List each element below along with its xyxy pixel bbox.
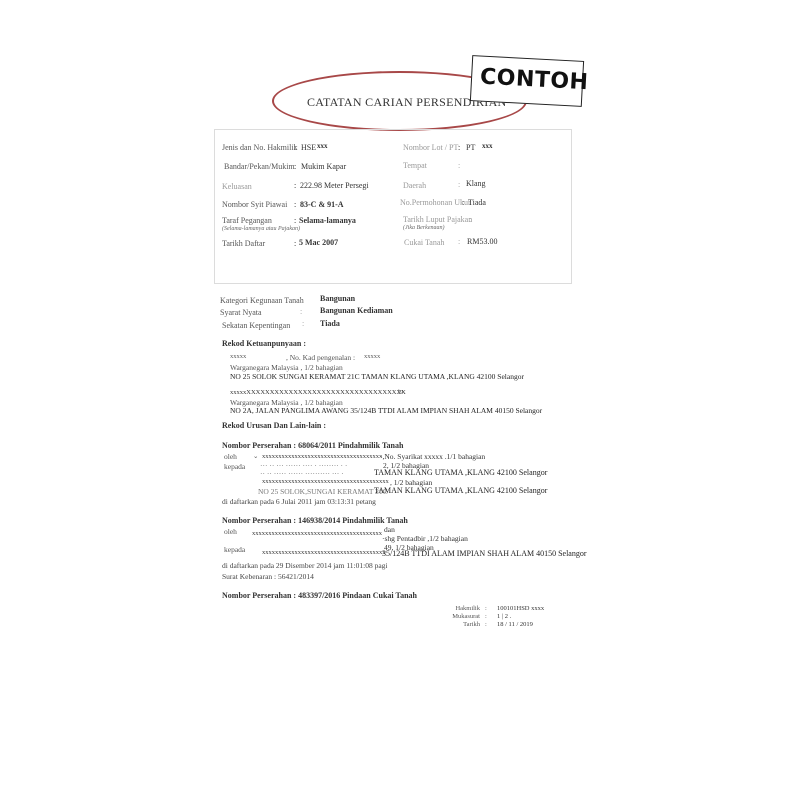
field-value-hakmilik-no: xxx — [317, 142, 328, 150]
field-colon: : — [300, 296, 302, 305]
transaction-2-from-detail-2: ·shg Pentadbir ,1/2 bahagian — [382, 534, 468, 543]
footer-value-mukasurat: 1 | 2 . — [497, 613, 511, 620]
field-sublabel-taraf-pegangan: (Selama-lamanya atau Pajakan) — [222, 226, 300, 232]
sample-stamp: CONTOH — [470, 55, 584, 107]
field-colon: : — [458, 143, 460, 152]
field-label-tarikh-luput: Tarikh Luput Pajakan — [403, 215, 472, 224]
field-sublabel-tarikh-luput: (Jika Berkenaan) — [403, 225, 444, 231]
footer-value-hakmilik: 100101HSD xxxx — [497, 605, 544, 612]
field-colon: : — [300, 307, 302, 316]
transactions-heading: Rekod Urusan Dan Lain-lain : — [222, 421, 326, 430]
field-colon: : — [485, 621, 487, 628]
owner-1-name: xxxxx — [230, 353, 246, 360]
field-colon: : — [302, 319, 304, 328]
footer-label-mukasurat: Mukasurat — [446, 613, 480, 620]
field-colon: : — [294, 216, 296, 225]
usage-label-sekatan: Sekatan Kepentingan — [222, 321, 290, 330]
transaction-3-header: Nombor Perserahan : 483397/2016 Pindaan … — [222, 591, 417, 600]
usage-label-syarat-nyata: Syarat Nyata — [220, 308, 262, 317]
transaction-2-from-label: oleh — [224, 527, 237, 536]
field-colon: : — [469, 215, 471, 224]
usage-value-syarat-nyata: Bangunan Kediaman — [320, 306, 393, 315]
field-value-cukai-tanah: RM53.00 — [467, 237, 497, 246]
field-label-hakmilik: Jenis dan No. Hakmilik — [222, 143, 298, 152]
field-value-daerah: Klang — [466, 179, 486, 188]
transaction-2-from-detail: dan — [384, 525, 395, 534]
usage-value-kategori: Bangunan — [320, 294, 355, 303]
transaction-1-from-redacted: xxxxxxxxxxxxxxxxxxxxxxxxxxxxxxxxxxxxx — [262, 453, 382, 460]
field-colon: : — [485, 613, 487, 620]
transaction-1-to-label: kepada — [224, 462, 245, 471]
field-colon: : — [458, 237, 460, 246]
owner-2-name: xxxxxXXXXXXXXXXXXXXXXXXXXXXXXXXXXXXXXXX — [230, 389, 406, 396]
footer-label-hakmilik: Hakmilik — [452, 605, 480, 612]
field-value-mukim: Mukim Kapar — [301, 162, 346, 171]
owner-1-citizenship: Warganegara Malaysia , 1/2 bahagian — [230, 363, 343, 372]
field-value-keluasan: 222.98 Meter Persegi — [300, 181, 369, 190]
field-colon: : — [294, 200, 296, 209]
owner-1-ic-label: , No. Kad pengenalan : — [286, 353, 355, 362]
transaction-1-from-detail: ·,No. Syarikat xxxxx .1/1 bahagian — [380, 452, 485, 461]
owner-2-ic: l9 — [398, 389, 403, 396]
field-colon: : — [485, 605, 487, 612]
field-label-daerah: Daerah — [403, 181, 426, 190]
transaction-2-to-label: kepada — [224, 545, 245, 554]
owner-1-ic: xxxxx — [364, 353, 380, 360]
transaction-2-from-redacted: xxxxxxxxxxxxxxxxxxxxxxxxxxxxxxxxxxxxxxxx — [252, 530, 382, 537]
field-label-lot: Nombor Lot / PT — [403, 143, 458, 152]
transaction-1-addr2-redacted: NO 25 SOLOK,SUNGAI KERAMAT 21C — [258, 487, 388, 496]
transaction-2-registered: di daftarkan pada 29 Disember 2014 jam 1… — [222, 561, 388, 570]
field-label-permohonan-ukur: No.Permohonan Ukur — [400, 198, 471, 207]
sample-stamp-label: CONTOH — [479, 65, 589, 96]
field-value-lot: PT — [466, 143, 475, 152]
field-value-taraf-pegangan: Selama-lamanya — [299, 216, 356, 225]
transaction-1-to2-redacted: xxxxxxxxxxxxxxxxxxxxxxxxxxxxxxxxxxxxxxx — [262, 478, 389, 485]
transaction-1-addr1-redacted: ·· ·· ····· ······ ·········· ··· · — [260, 469, 344, 478]
transaction-2-header: Nombor Perserahan : 146938/2014 Pindahmi… — [222, 516, 408, 525]
transaction-2-to-address: 35/124B TTDI ALAM IMPIAN SHAH ALAM 40150… — [382, 549, 587, 558]
field-colon: : — [458, 180, 460, 189]
ownership-heading: Rekod Ketuanpunyaan : — [222, 339, 306, 348]
field-label-tarikh-daftar: Tarikh Daftar — [222, 239, 265, 248]
transaction-2-to-redacted: xxxxxxxxxxxxxxxxxxxxxxxxxxxxxxxxxxxxxx — [262, 549, 386, 556]
transaction-1-addr2: TAMAN KLANG UTAMA ,KLANG 42100 Selangor — [374, 486, 547, 495]
transaction-2-permit: Surat Kebenaran : 56421/2014 — [222, 572, 314, 581]
field-label-mukim: Bandar/Pekan/Mukim — [224, 162, 295, 171]
footer-value-tarikh: 18 / 11 / 2019 — [497, 621, 533, 628]
transaction-1-header: Nombor Perserahan : 68064/2011 Pindahmil… — [222, 441, 403, 450]
usage-value-sekatan: Tiada — [320, 319, 340, 328]
transaction-1-from-label: oleh — [224, 452, 237, 461]
footer-label-tarikh: Tarikh — [452, 621, 480, 628]
field-label-syit-piawai: Nombor Syit Piawai — [222, 200, 287, 209]
owner-2-address: NO 2A, JALAN PANGLIMA AWANG 35/124B TTDI… — [230, 406, 542, 415]
field-label-taraf-pegangan: Taraf Pegangan — [222, 216, 272, 225]
transaction-1-registered: di daftarkan pada 6 Julai 2011 jam 03:13… — [222, 497, 376, 506]
transaction-1-addr1: TAMAN KLANG UTAMA ,KLANG 42100 Selangor — [374, 468, 547, 477]
field-colon: : — [458, 161, 460, 170]
owner-1-address: NO 25 SOLOK SUNGAI KERAMAT 21C TAMAN KLA… — [230, 372, 524, 381]
transaction-1-arrow-icon: ⌄ — [253, 452, 258, 460]
field-colon: : — [294, 143, 296, 152]
field-colon: : — [294, 181, 296, 190]
field-value-permohonan-ukur: Tiada — [468, 198, 486, 207]
field-label-tempat: Tempat — [403, 161, 427, 170]
field-label-cukai-tanah: Cukai Tanah — [404, 238, 444, 247]
field-value-syit-piawai: 83-C & 91-A — [300, 200, 344, 209]
usage-label-kategori: Kategori Kegunaan Tanah — [220, 296, 304, 305]
field-value-hakmilik: HSE — [301, 143, 316, 152]
field-colon: : — [462, 198, 464, 207]
field-colon: : — [294, 239, 296, 248]
field-value-tarikh-daftar: 5 Mac 2007 — [299, 238, 338, 247]
field-colon: : — [294, 162, 296, 171]
field-value-lot-no: xxx — [482, 142, 493, 150]
field-label-keluasan: Keluasan — [222, 182, 252, 191]
